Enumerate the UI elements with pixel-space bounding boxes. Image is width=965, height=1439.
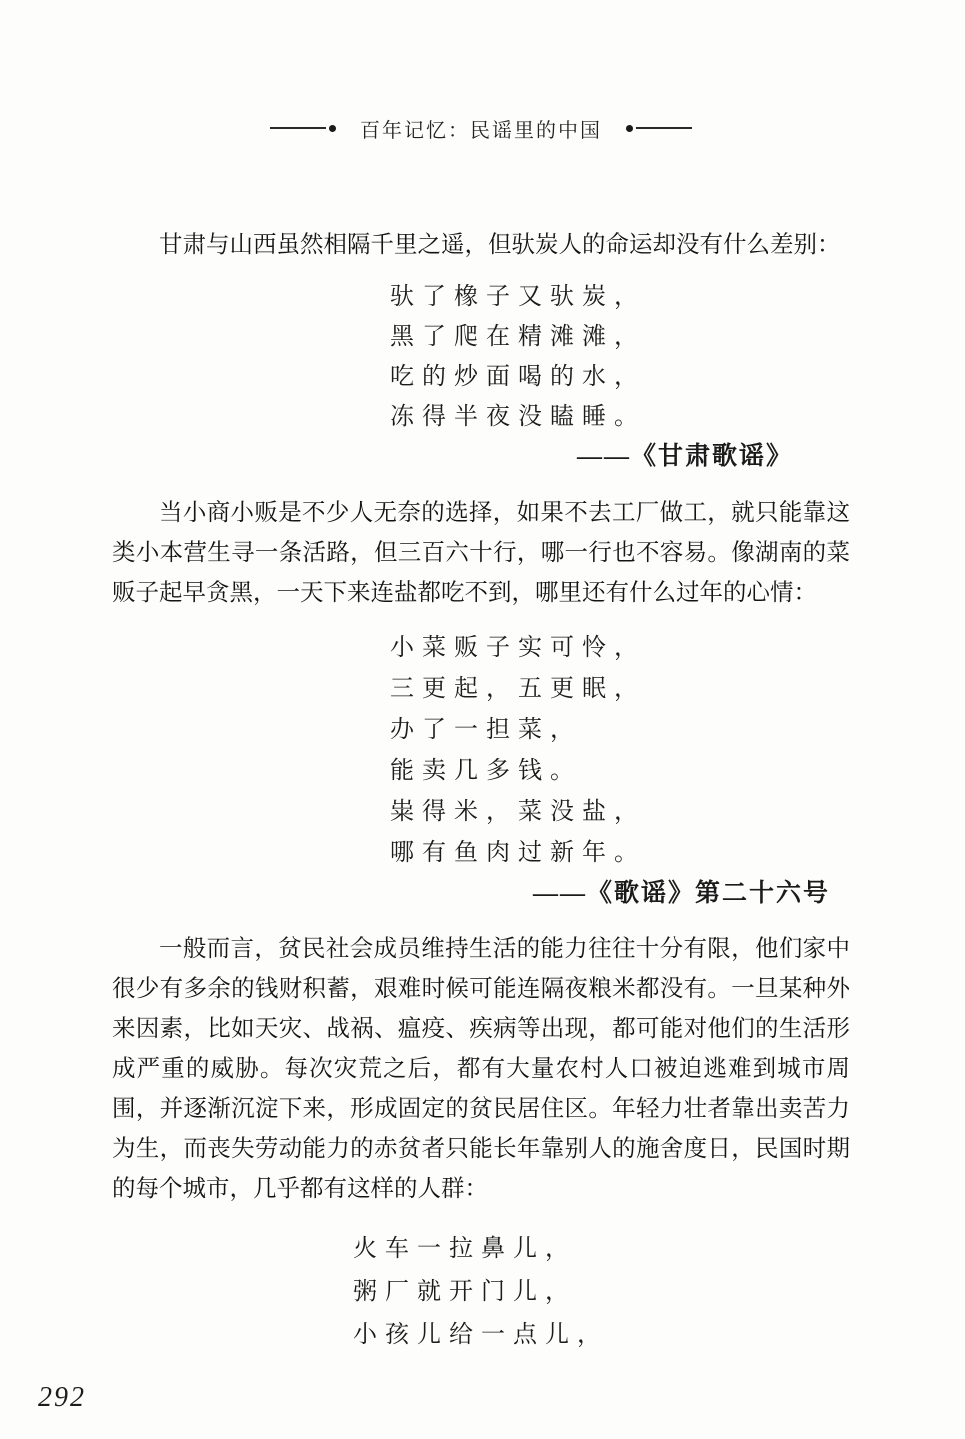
header-dot-right bbox=[626, 125, 633, 132]
text-line: 的每个城市，几乎都有这样的人群： bbox=[112, 1169, 850, 1209]
header-dot-left bbox=[329, 125, 336, 132]
poem-line: 吃的炒面喝的水， bbox=[390, 357, 850, 397]
poem-line: 火车一拉鼻儿， bbox=[353, 1228, 850, 1271]
poem-line: 小孩儿给一点儿， bbox=[353, 1314, 850, 1357]
book-page: 百年记忆：民谣里的中国 甘肃与山西虽然相隔千里之遥，但驮炭人的命运却没有什么差别… bbox=[0, 0, 965, 1439]
header-rule-left bbox=[270, 127, 326, 129]
folk-song-porridge-factory: 火车一拉鼻儿，粥厂就开门儿，小孩儿给一点儿， bbox=[353, 1228, 850, 1357]
text-line: 为生，而丧失劳动能力的赤贫者只能长年靠别人的施舍度日，民国时期 bbox=[112, 1129, 850, 1169]
poem-line: 办了一担菜， bbox=[390, 710, 850, 751]
poem-line: 黑了爬在精滩滩， bbox=[390, 317, 850, 357]
poem-line: 冻得半夜没瞌睡。 bbox=[390, 397, 850, 437]
attribution-gansu-geyao: ——《甘肃歌谣》 bbox=[112, 437, 850, 477]
poem-line: 粜得米，菜没盐， bbox=[390, 792, 850, 833]
header-ornament-right bbox=[626, 125, 692, 132]
running-header-title: 百年记忆：民谣里的中国 bbox=[360, 114, 602, 143]
folk-song-gansu: 驮了橡子又驮炭，黑了爬在精滩滩，吃的炒面喝的水，冻得半夜没瞌睡。 bbox=[390, 277, 850, 437]
poem-line: 粥厂就开门儿， bbox=[353, 1271, 850, 1314]
text-line: 类小本营生寻一条活路，但三百六十行，哪一行也不容易。像湖南的菜 bbox=[112, 533, 850, 573]
header-ornament-left bbox=[270, 125, 336, 132]
paragraph-poverty: 一般而言，贫民社会成员维持生活的能力往往十分有限，他们家中很少有多余的钱财积蓄，… bbox=[112, 929, 850, 1209]
paragraph-vendors: 当小商小贩是不少人无奈的选择，如果不去工厂做工，就只能靠这类小本营生寻一条活路，… bbox=[112, 493, 850, 613]
poem-line: 能卖几多钱。 bbox=[390, 751, 850, 792]
text-line: 围，并逐渐沉淀下来，形成固定的贫民居住区。年轻力壮者靠出卖苦力 bbox=[112, 1089, 850, 1129]
text-line: 当小商小贩是不少人无奈的选择，如果不去工厂做工，就只能靠这 bbox=[112, 493, 850, 533]
text-line: 很少有多余的钱财积蓄，艰难时候可能连隔夜粮米都没有。一旦某种外 bbox=[112, 969, 850, 1009]
text-line: 一般而言，贫民社会成员维持生活的能力往往十分有限，他们家中 bbox=[112, 929, 850, 969]
poem-line: 哪有鱼肉过新年。 bbox=[390, 833, 850, 874]
text-line: 来因素，比如天灾、战祸、瘟疫、疾病等出现，都可能对他们的生活形 bbox=[112, 1009, 850, 1049]
running-header: 百年记忆：民谣里的中国 bbox=[112, 114, 850, 142]
folk-song-vegetable-vendor: 小菜贩子实可怜，三更起，五更眠，办了一担菜，能卖几多钱。粜得米，菜没盐，哪有鱼肉… bbox=[390, 628, 850, 874]
poem-line: 驮了橡子又驮炭， bbox=[390, 277, 850, 317]
poem-line: 小菜贩子实可怜， bbox=[390, 628, 850, 669]
text-line: 甘肃与山西虽然相隔千里之遥，但驮炭人的命运却没有什么差别： bbox=[112, 225, 850, 265]
text-line: 成严重的威胁。每次灾荒之后，都有大量农村人口被迫逃难到城市周 bbox=[112, 1049, 850, 1089]
attribution-geyao-no26: ——《歌谣》第二十六号 bbox=[112, 874, 850, 914]
text-line: 贩子起早贪黑，一天下来连盐都吃不到，哪里还有什么过年的心情： bbox=[112, 573, 850, 613]
paragraph-intro-gansu: 甘肃与山西虽然相隔千里之遥，但驮炭人的命运却没有什么差别： bbox=[112, 225, 850, 265]
page-number: 292 bbox=[38, 1382, 86, 1414]
poem-line: 三更起，五更眠， bbox=[390, 669, 850, 710]
header-rule-right bbox=[636, 127, 692, 129]
